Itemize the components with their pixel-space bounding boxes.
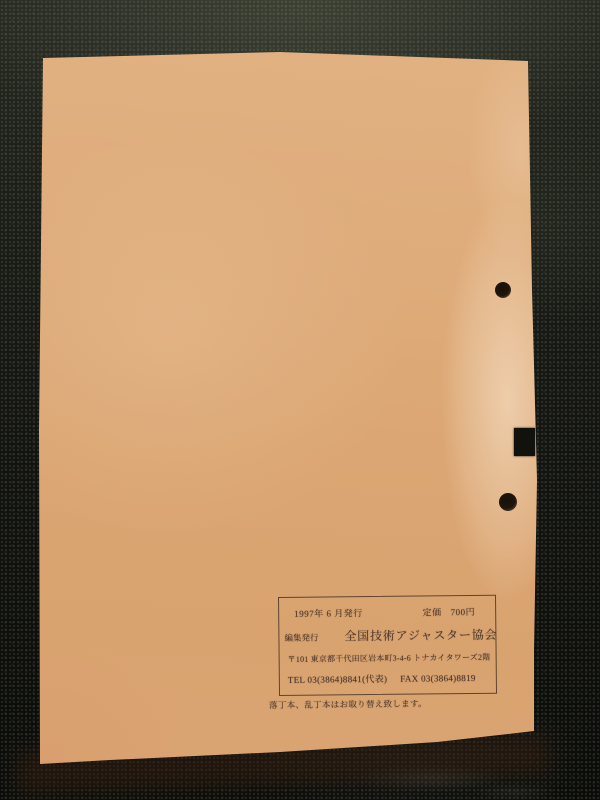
publisher-label: 編集発行	[284, 632, 318, 644]
colophon-box: 1997年 6 月発行 定価700円 編集発行 全国技術アジャスター協会 〒10…	[278, 595, 497, 696]
price-label: 定価	[423, 607, 442, 617]
punch-hole-top	[495, 282, 511, 298]
tel-fax-row: TEL 03(3864)8841(代表) FAX 03(3864)8819	[280, 671, 496, 686]
paper-back-cover: 1997年 6 月発行 定価700円 編集発行 全国技術アジャスター協会 〒10…	[0, 0, 600, 800]
publish-price-row: 1997年 6 月発行 定価700円	[279, 604, 495, 619]
address-row: 〒101 東京都千代田区岩本町3-4-6 トナカイタワーズ2階	[280, 652, 496, 665]
publish-date: 1997年 6 月発行	[294, 606, 363, 620]
edge-notch	[514, 428, 535, 456]
colophon-block: 1997年 6 月発行 定価700円 編集発行 全国技術アジャスター協会 〒10…	[278, 595, 497, 696]
punch-hole-bottom	[499, 493, 517, 511]
photo-background: 1997年 6 月発行 定価700円 編集発行 全国技術アジャスター協会 〒10…	[0, 0, 600, 800]
publisher-name: 全国技術アジャスター協会	[344, 626, 497, 645]
price: 定価700円	[423, 605, 476, 619]
footer-note: 落丁本、乱丁本はお取り替え致します。	[269, 697, 427, 711]
publisher-row: 編集発行 全国技術アジャスター協会	[279, 626, 495, 645]
fax: FAX 03(3864)8819	[400, 673, 475, 684]
address: 〒101 東京都千代田区岩本町3-4-6 トナカイタワーズ2階	[288, 652, 491, 665]
tel: TEL 03(3864)8841(代表)	[288, 672, 388, 686]
price-value: 700円	[451, 607, 476, 617]
